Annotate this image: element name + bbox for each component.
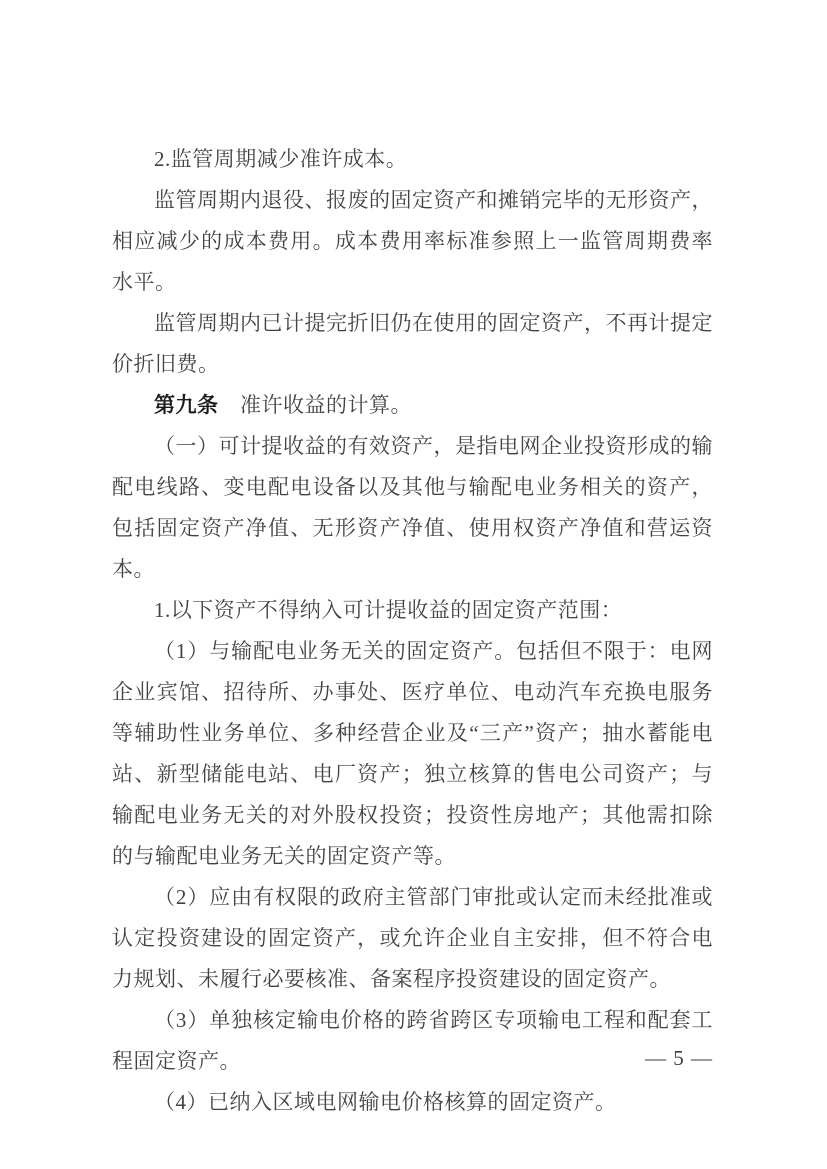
paragraph: 监管周期内已计提完折旧仍在使用的固定资产，不再计提定价折旧费。 [112, 303, 713, 385]
paragraph: （一）可计提收益的有效资产，是指电网企业投资形成的输配电线路、变电配电设备以及其… [112, 426, 713, 590]
page-number: — 5 — [112, 1044, 713, 1072]
paragraph: （2）应由有权限的政府主管部门审批或认定而未经批准或认定投资建设的固定资产，或允… [112, 877, 713, 1000]
paragraph: 监管周期内退役、报废的固定资产和摊销完毕的无形资产，相应减少的成本费用。成本费用… [112, 180, 713, 303]
paragraph: 1.以下资产不得纳入可计提收益的固定资产范围： [112, 590, 713, 631]
paragraph: （1）与输配电业务无关的固定资产。包括但不限于：电网企业宾馆、招待所、办事处、医… [112, 631, 713, 877]
document-page: 2.监管周期减少准许成本。 监管周期内退役、报废的固定资产和摊销完毕的无形资产，… [0, 0, 827, 1169]
article-title-text: 准许收益的计算。 [219, 393, 413, 417]
document-body: 2.监管周期减少准许成本。 监管周期内退役、报废的固定资产和摊销完毕的无形资产，… [112, 139, 713, 1123]
article-number-bold: 第九条 [154, 393, 219, 417]
paragraph: （4）已纳入区域电网输电价格核算的固定资产。 [112, 1082, 713, 1123]
paragraph-article-9: 第九条 准许收益的计算。 [112, 385, 713, 426]
paragraph: 2.监管周期减少准许成本。 [112, 139, 713, 180]
